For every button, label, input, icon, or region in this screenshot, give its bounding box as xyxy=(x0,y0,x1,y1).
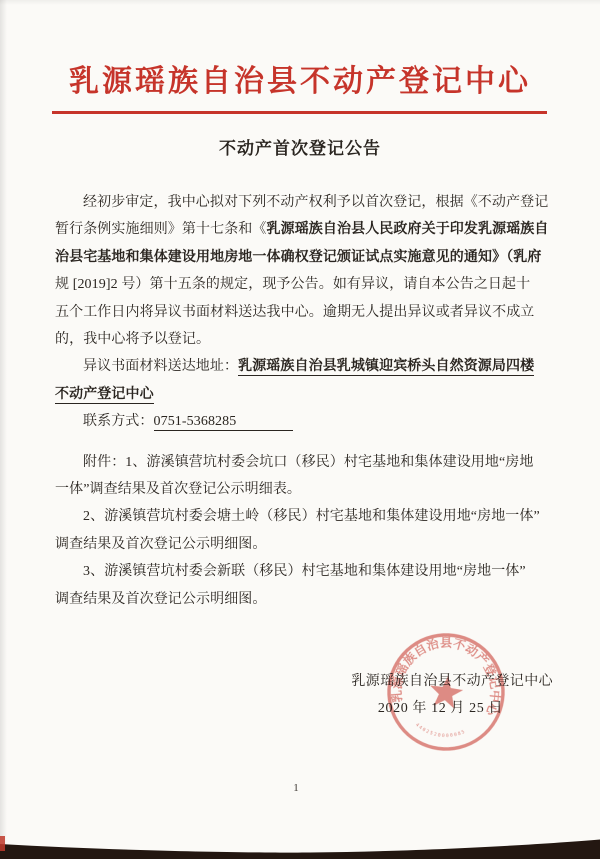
text-line: 的，我中心将予以登记。 xyxy=(55,326,546,353)
text-segment: 0751-5368285 xyxy=(154,414,237,431)
text-line: 五个工作日内将异议书面材料送达我中心。逾期无人提出异议或者异议不成立 xyxy=(55,299,546,326)
signature-date: 2020 年 12 月 25 日 xyxy=(378,699,503,719)
text-segment: 暂行条例实施细则》第十七条和《 xyxy=(55,222,267,237)
scan-top-edge xyxy=(0,0,600,5)
signature-block: 乳源瑶族自治县不动产登记中心 2020 年 12 月 25 日 xyxy=(0,672,600,719)
text-segment: 调查结果及首次登记公示明细图。 xyxy=(55,592,267,607)
text-line: 暂行条例实施细则》第十七条和《乳源瑶族自治县人民政府关于印发乳源瑶族自 xyxy=(55,216,546,243)
letterhead-rule xyxy=(52,111,547,114)
text-line: 规 [2019]2 号）第十五条的规定，现予公告。如有异议，请自本公告之日起十 xyxy=(55,271,546,298)
seal-code-text: 4402520000085 xyxy=(413,722,468,743)
text-segment: 2、游溪镇营坑村委会塘土岭（移民）村宅基地和集体建设用地“房地一体” xyxy=(83,509,540,524)
svg-text:4402520000085: 4402520000085 xyxy=(413,722,468,743)
text-segment: 联系方式： xyxy=(83,414,154,429)
text-line: 调查结果及首次登记公示明细图。 xyxy=(55,586,546,613)
text-segment: 治县宅基地和集体建设用地房地一体确权登记颁证试点实施意见的通知》（乳府 xyxy=(55,250,542,265)
scanned-document-page: 乳源瑶族自治县不动产登记中心 不动产首次登记公告 经初步审定，我中心拟对下列不动… xyxy=(0,0,600,859)
scan-red-mark xyxy=(0,836,5,851)
text-line: 不动产登记中心 xyxy=(55,381,546,408)
body-block: 经初步审定，我中心拟对下列不动产权利予以首次登记，根据《不动产登记暂行条例实施细… xyxy=(55,189,546,436)
text-segment: 调查结果及首次登记公示明细图。 xyxy=(55,537,267,552)
text-segment xyxy=(236,414,292,431)
text-segment: 经初步审定，我中心拟对下列不动产权利予以首次登记，根据《不动产登记 xyxy=(83,195,548,210)
document-title: 不动产首次登记公告 xyxy=(0,138,600,160)
text-line: 调查结果及首次登记公示明细图。 xyxy=(55,531,546,558)
text-segment: 不动产登记中心 xyxy=(55,387,154,404)
text-segment: 规 [2019]2 号）第十五条的规定，现予公告。如有异议，请自本公告之日起十 xyxy=(55,277,530,292)
text-line: 经初步审定，我中心拟对下列不动产权利予以首次登记，根据《不动产登记 xyxy=(55,189,546,216)
text-line: 异议书面材料送达地址：乳源瑶族自治县乳城镇迎宾桥头自然资源局四楼 xyxy=(55,353,546,380)
signature-org-name: 乳源瑶族自治县不动产登记中心 xyxy=(351,672,553,692)
page-number: 1 xyxy=(0,782,600,794)
text-segment: 一体”调查结果及首次登记公示明细表。 xyxy=(55,482,301,497)
text-segment: 乳源瑶族自治县人民政府关于印发乳源瑶族自 xyxy=(267,222,549,237)
scan-left-edge xyxy=(0,0,7,859)
attachment-block: 附件：1、游溪镇营坑村委会坑口（移民）村宅基地和集体建设用地“房地一体”调查结果… xyxy=(55,449,546,613)
text-segment: 五个工作日内将异议书面材料送达我中心。逾期无人提出异议或者异议不成立 xyxy=(55,305,534,320)
text-line: 2、游溪镇营坑村委会塘土岭（移民）村宅基地和集体建设用地“房地一体” xyxy=(55,503,546,530)
text-segment: 乳源瑶族自治县乳城镇迎宾桥头自然资源局四楼 xyxy=(238,359,534,376)
text-line: 3、游溪镇营坑村委会新联（移民）村宅基地和集体建设用地“房地一体” xyxy=(55,558,546,585)
letterhead-title: 乳源瑶族自治县不动产登记中心 xyxy=(0,62,600,102)
text-segment: 3、游溪镇营坑村委会新联（移民）村宅基地和集体建设用地“房地一体” xyxy=(83,564,526,579)
text-line: 治县宅基地和集体建设用地房地一体确权登记颁证试点实施意见的通知》（乳府 xyxy=(55,244,546,271)
text-line: 联系方式：0751-5368285 xyxy=(55,408,546,435)
text-line: 一体”调查结果及首次登记公示明细表。 xyxy=(55,476,546,503)
text-segment: 附件：1、游溪镇营坑村委会坑口（移民）村宅基地和集体建设用地“房地 xyxy=(83,455,534,470)
scan-bottom-edge xyxy=(0,839,600,859)
text-line: 附件：1、游溪镇营坑村委会坑口（移民）村宅基地和集体建设用地“房地 xyxy=(55,449,546,476)
text-segment: 异议书面材料送达地址： xyxy=(83,359,238,374)
text-segment: 的，我中心将予以登记。 xyxy=(55,332,210,347)
